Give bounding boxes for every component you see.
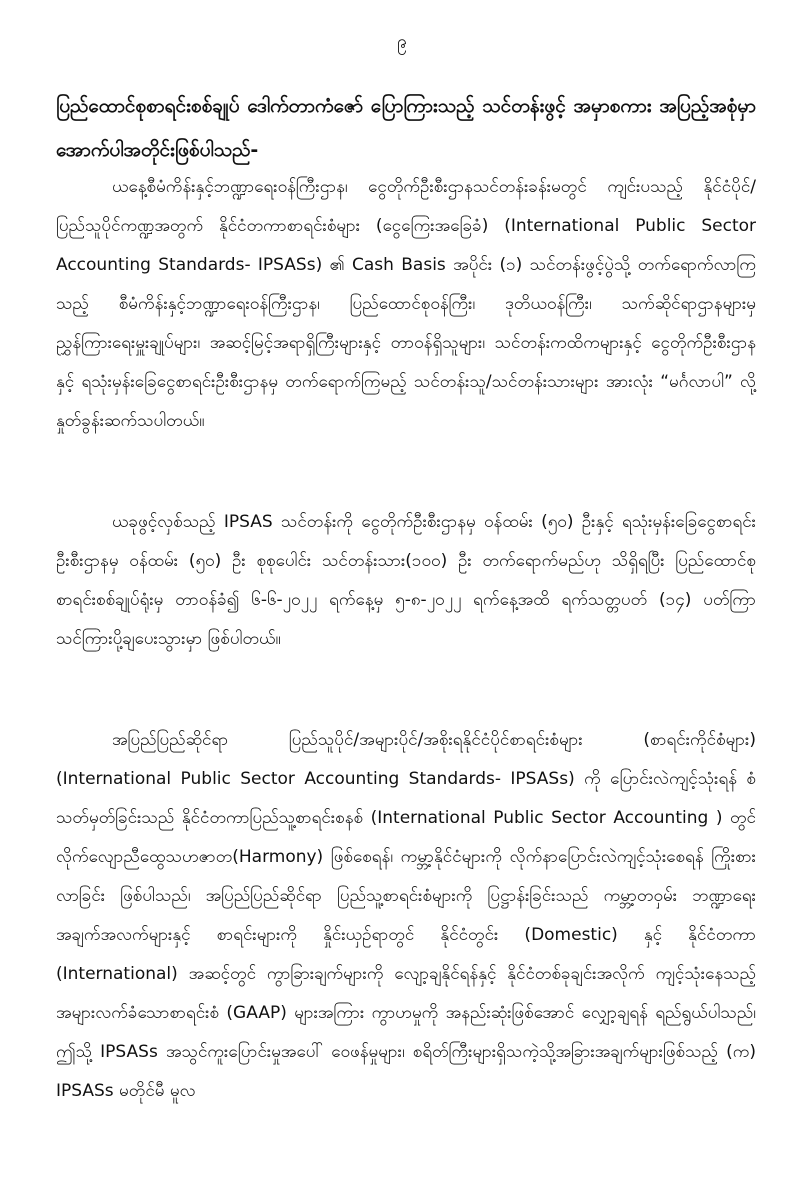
paragraph-greeting: ယနေ့စီမံကိန်းနှင့်ဘဏ္ဍာရေးဝန်ကြီးဌာန၊ ငွ… [56,168,756,441]
paragraph-ipsas-background: အပြည်ပြည်ဆိုင်ရာ ပြည်သူပိုင်/အများပိုင်/… [56,721,756,1111]
paragraph-course-details: ယခုဖွင့်လှစ်သည့် IPSAS သင်တန်းကို ငွေတို… [56,503,756,659]
document-page: ၉ ပြည်ထောင်စုစာရင်းစစ်ချုပ် ဒေါက်တာကံဇော… [0,0,804,1200]
page-number: ၉ [0,30,804,54]
document-heading: ပြည်ထောင်စုစာရင်းစစ်ချုပ် ဒေါက်တာကံဇော် … [56,84,756,172]
